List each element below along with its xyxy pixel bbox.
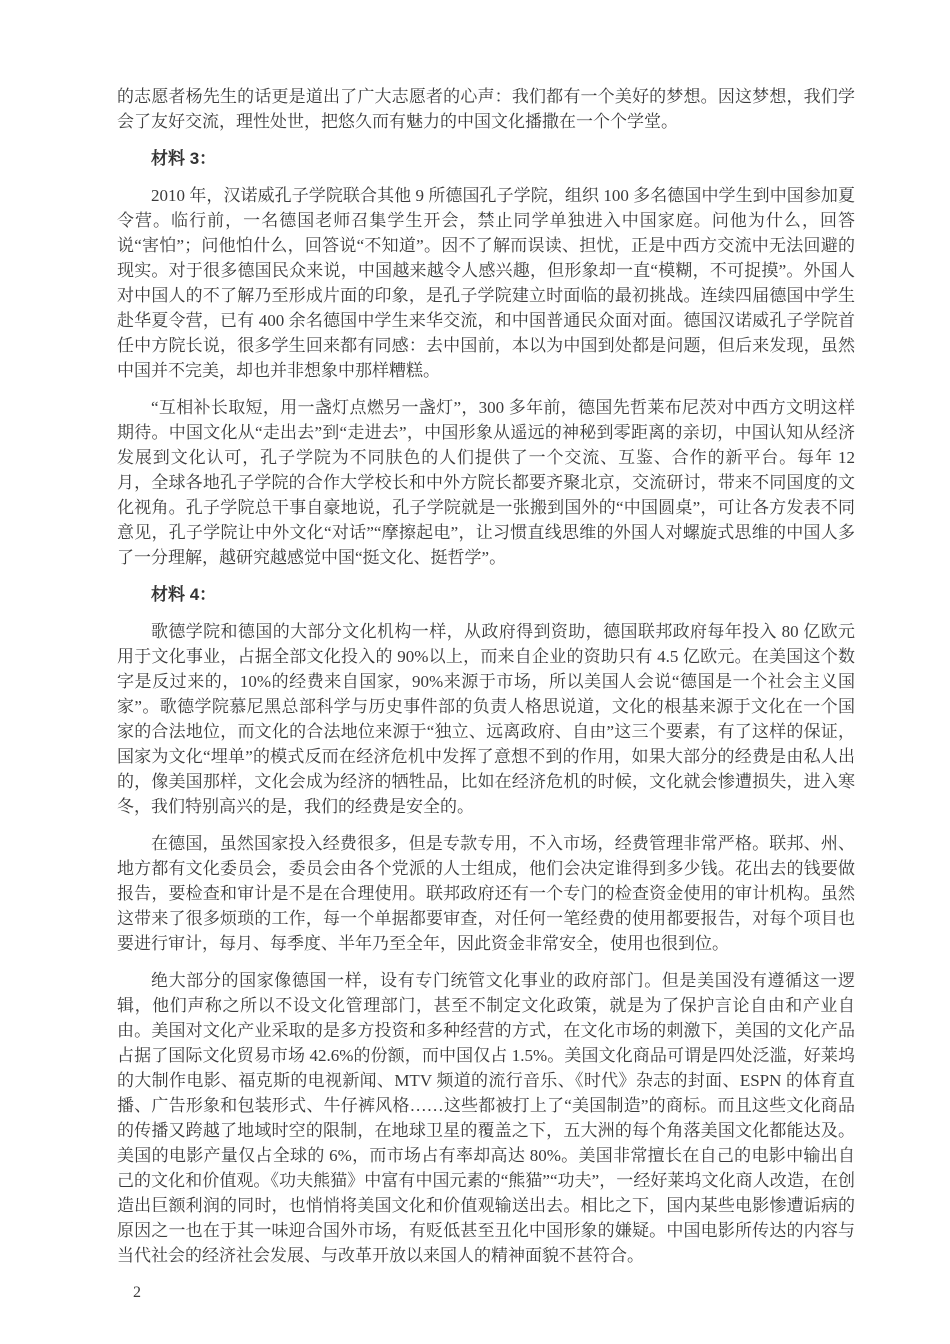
body-paragraph-material3-2: “互相补长取短，用一盏灯点燃另一盏灯”，300 多年前，德国先哲莱布尼茨对中西方…: [117, 395, 855, 570]
section-heading-material-4: 材料 4：: [117, 582, 855, 607]
body-paragraph-material4-3: 绝大部分的国家像德国一样，设有专门统管文化事业的政府部门。但是美国没有遵循这一逻…: [117, 968, 855, 1268]
body-paragraph-material4-2: 在德国，虽然国家投入经费很多，但是专款专用，不入市场，经费管理非常严格。联邦、州…: [117, 831, 855, 956]
body-paragraph-material4-1: 歌德学院和德国的大部分文化机构一样，从政府得到资助，德国联邦政府每年投入 80 …: [117, 619, 855, 819]
paragraph-continuation: 的志愿者杨先生的话更是道出了广大志愿者的心声：我们都有一个美好的梦想。因这梦想，…: [117, 84, 855, 134]
document-page: 的志愿者杨先生的话更是道出了广大志愿者的心声：我们都有一个美好的梦想。因这梦想，…: [0, 0, 950, 1344]
body-paragraph-material3-1: 2010 年，汉诺威孔子学院联合其他 9 所德国孔子学院，组织 100 多名德国…: [117, 183, 855, 383]
page-number: 2: [117, 1280, 855, 1305]
section-heading-material-3: 材料 3：: [117, 146, 855, 171]
